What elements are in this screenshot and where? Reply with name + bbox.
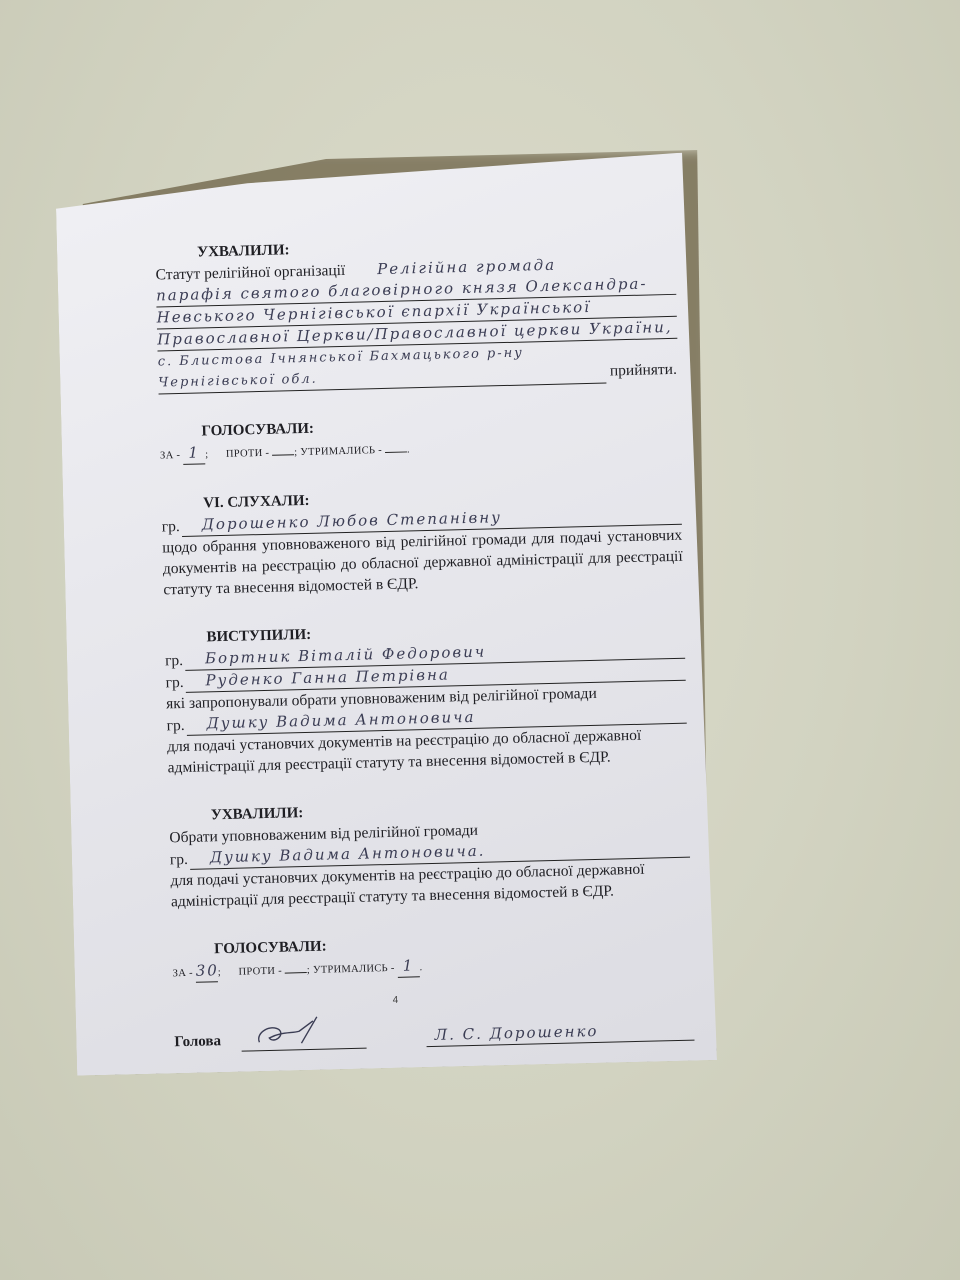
vote-for-label: ЗА - <box>160 450 180 461</box>
gr-label: гр. <box>165 650 183 671</box>
gr-label: гр. <box>165 672 183 693</box>
handwritten-org-name-0: Релігійна громада <box>377 256 556 278</box>
adopt-suffix: прийняти. <box>610 361 677 380</box>
signature-role: Голова <box>174 1031 242 1054</box>
signature-mark <box>241 1026 367 1052</box>
section-heard: VI. СЛУХАЛИ: гр. Дорошенко Любов Степані… <box>161 482 683 601</box>
signature-mark <box>243 1105 369 1131</box>
gr-label: гр. <box>170 849 188 870</box>
vote-abstain-label: УТРИМАЛИСЬ - <box>300 445 382 458</box>
signature-name: Л. С. Дорошенко <box>426 1019 694 1048</box>
section-resolved-representative: УХВАЛИЛИ: Обрати уповноваженим від реліг… <box>169 794 691 913</box>
vote-for-value: 30 <box>196 960 219 983</box>
vote-against-value <box>285 972 307 974</box>
section-spoke: ВИСТУПИЛИ: гр. Бортник Віталій Федорович… <box>164 616 688 779</box>
signature-role: Секретар <box>176 1110 244 1133</box>
vote-for-label: ЗА - <box>173 968 193 979</box>
vote-for-value: 1 <box>183 442 206 465</box>
signature-name: Л.В. Симоненко <box>428 1098 696 1127</box>
heard-text: щодо обрання уповноваженого від релігійн… <box>162 525 683 601</box>
statute-label: Статут релігійної організації <box>155 262 345 284</box>
signature-secretary: Секретар Л.В. Симоненко <box>176 1097 696 1133</box>
document-page: УХВАЛИЛИ: Статут релігійної організації … <box>55 152 717 1075</box>
gr-label: гр. <box>166 715 184 736</box>
vote-block-1: ГОЛОСУВАЛИ: ЗА - 1; ПРОТИ - ; УТРИМАЛИСЬ… <box>159 410 680 467</box>
vote-against-label: ПРОТИ - <box>238 966 282 978</box>
signature-scribble-icon <box>251 1012 342 1054</box>
vote-abstain-value: 1 <box>397 955 420 978</box>
vote-against-value <box>272 454 294 456</box>
vote-abstain-label: УТРИМАЛИСЬ - <box>313 963 395 976</box>
vote-against-label: ПРОТИ - <box>226 448 270 460</box>
vote-abstain-value <box>385 451 407 453</box>
signature-scribble-icon <box>253 1091 364 1134</box>
section-resolved-statute: УХВАЛИЛИ: Статут релігійної організації … <box>155 231 679 395</box>
gr-label: гр. <box>162 516 180 537</box>
vote-block-2: ГОЛОСУВАЛИ: ЗА - 30; ПРОТИ - ; УТРИМАЛИС… <box>172 928 693 985</box>
signature-chair: Голова Л. С. Дорошенко <box>174 1018 694 1054</box>
